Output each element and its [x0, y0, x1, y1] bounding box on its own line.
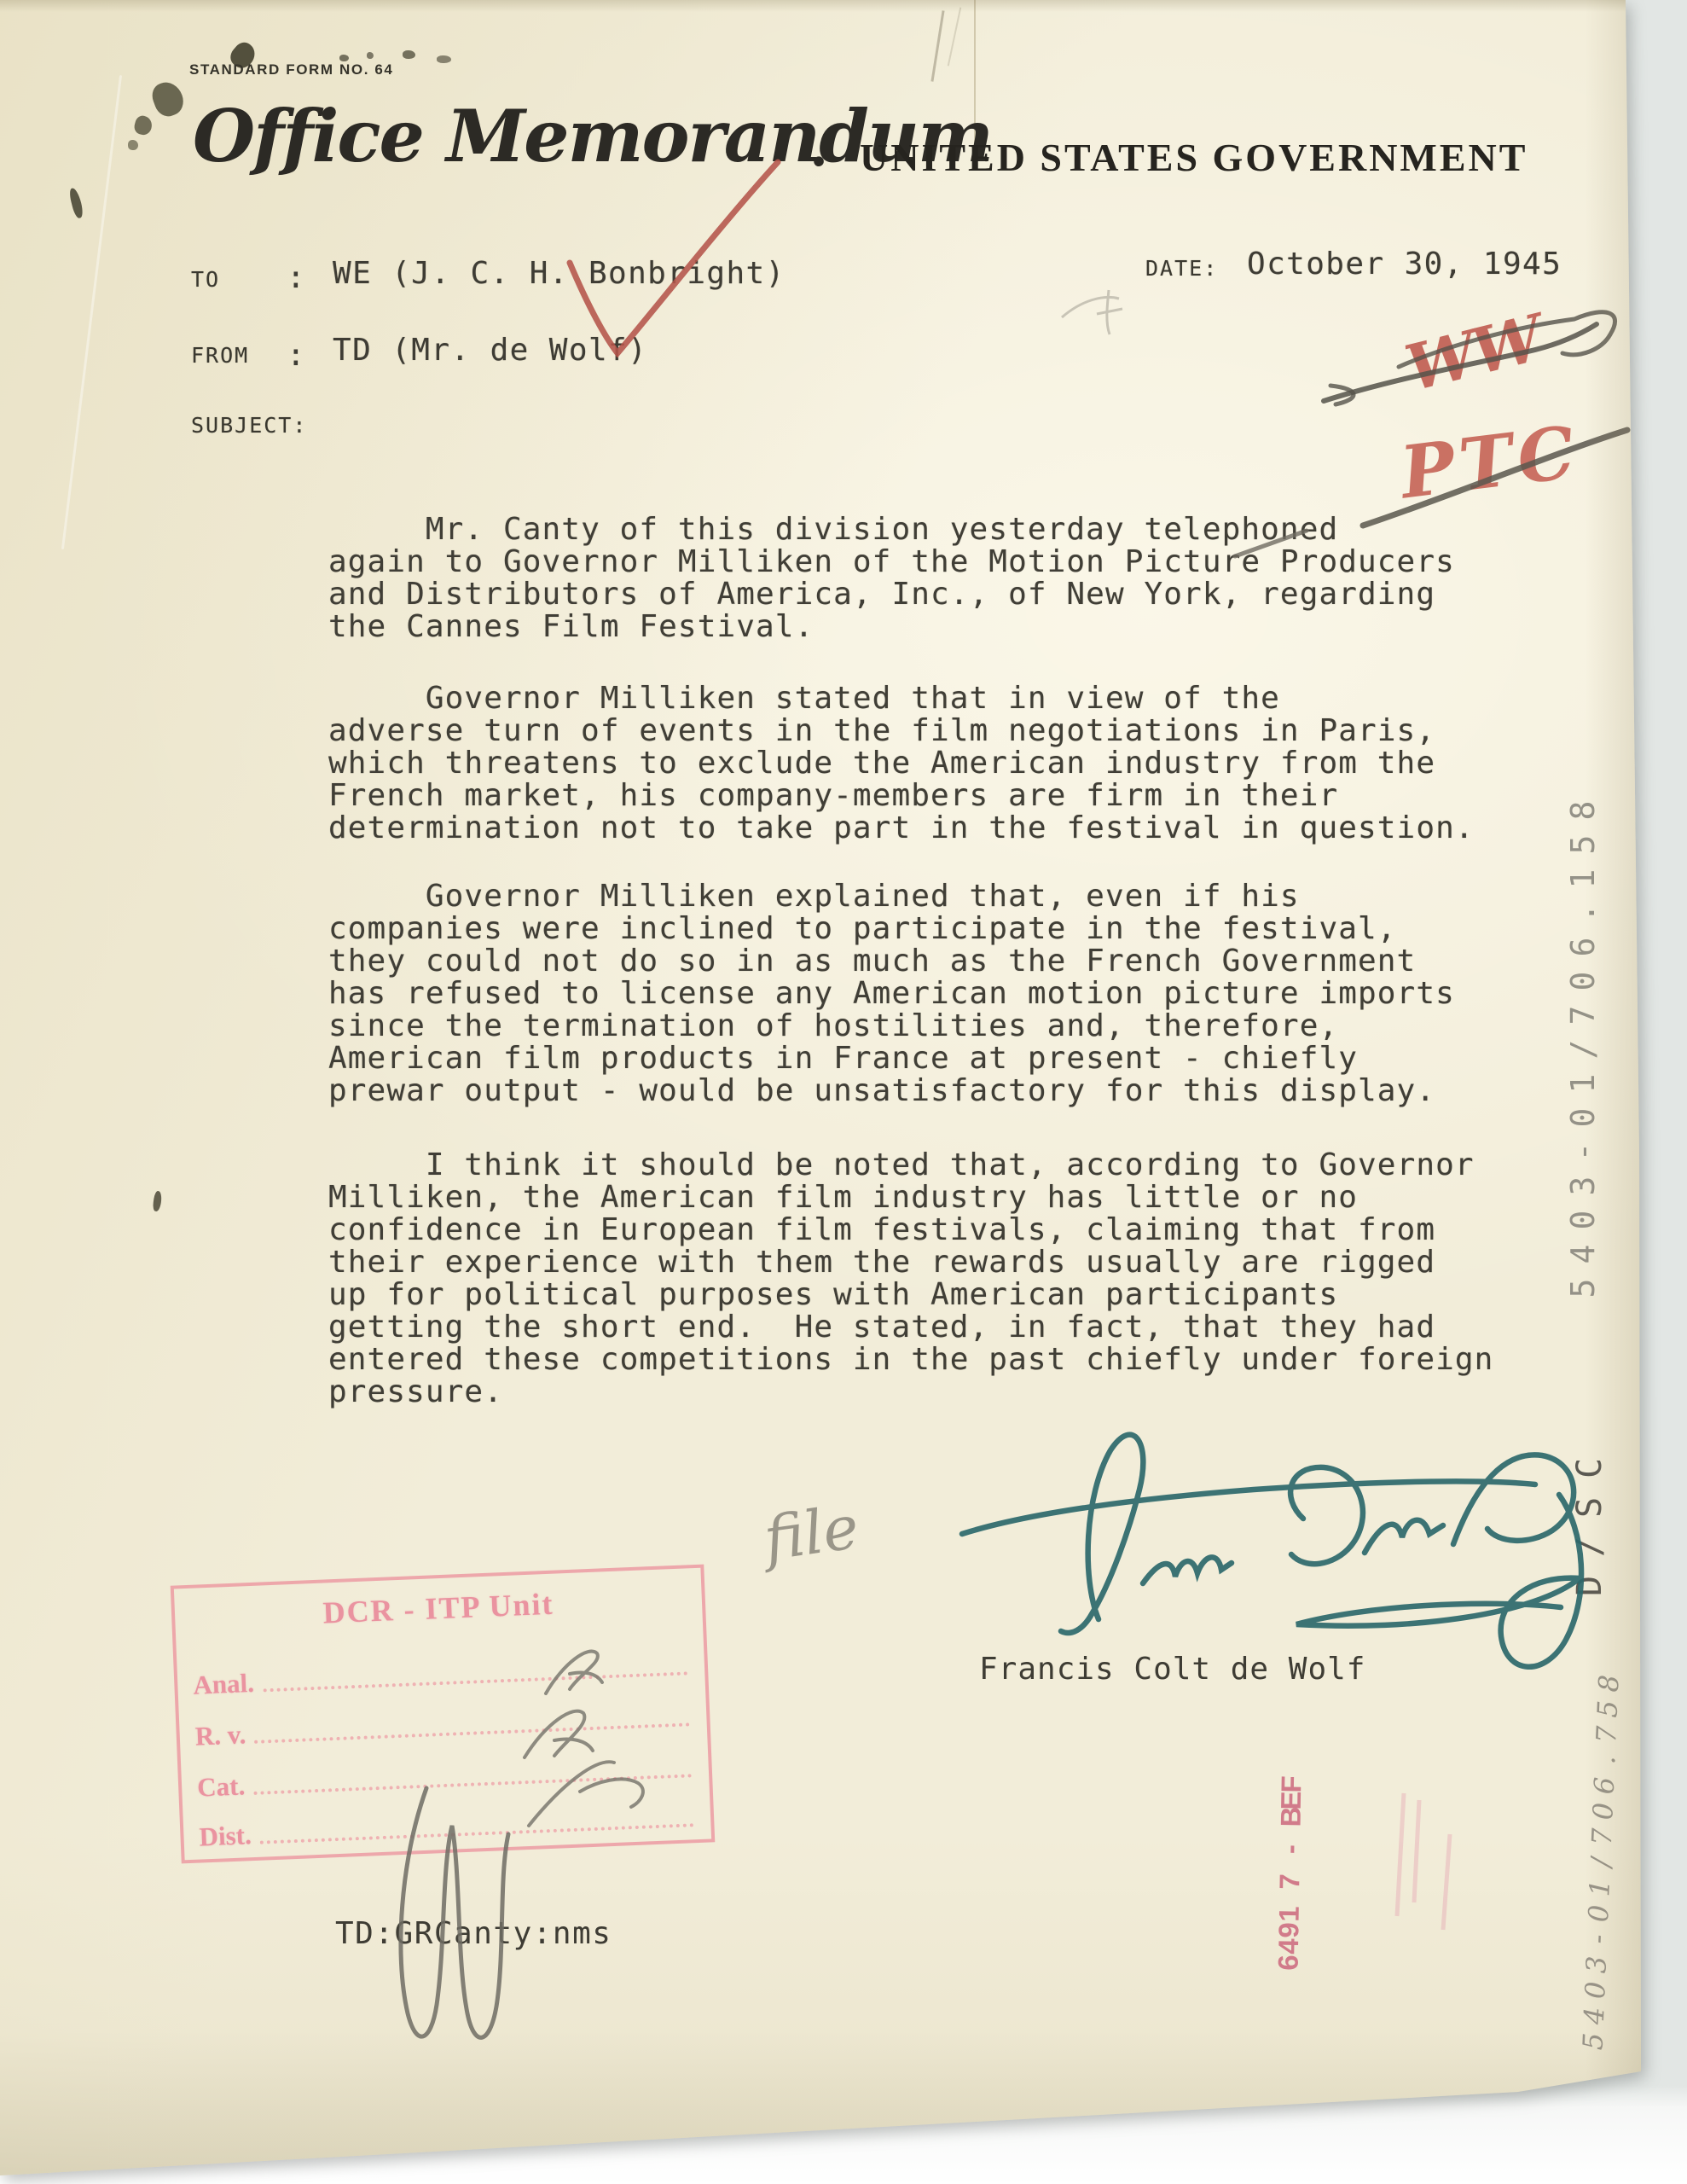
from-value: TD (Mr. de Wolf): [333, 333, 647, 368]
organization-title: UNITED STATES GOVERNMENT: [860, 135, 1528, 180]
red-initials-ww: WW: [1399, 302, 1547, 406]
body-paragraph-1: Mr. Canty of this division yesterday tel…: [328, 514, 1591, 643]
paper-edge-shading: [0, 2030, 1687, 2184]
paper-crease: [61, 75, 122, 549]
ink-smudge: [68, 187, 84, 219]
routing-row-label: Dist.: [199, 1820, 252, 1852]
to-value: WE (J. C. H. Bonbright): [333, 256, 786, 291]
ink-signature: [962, 1435, 1581, 1667]
dotted-leader: [263, 1671, 687, 1692]
faint-stamp-ghost: [1397, 1793, 1450, 1930]
typed-signature-name: Francis Colt de Wolf: [979, 1652, 1365, 1687]
form-number: STANDARD FORM NO. 64: [189, 61, 393, 78]
paper-scratch: [930, 10, 944, 81]
paper-edge-shading: [0, 0, 1687, 12]
date-value: October 30, 1945: [1247, 247, 1562, 282]
dotted-leader: [253, 1774, 692, 1795]
routing-stamp-row: R. v.: [194, 1701, 693, 1751]
body-paragraph-2: Governor Milliken stated that in view of…: [328, 682, 1591, 845]
ink-smudge: [339, 55, 349, 61]
routing-stamp-row: Cat.: [197, 1752, 696, 1803]
ink-smudge: [128, 140, 138, 150]
received-date-stamp: FEB - 7 1946: [1271, 1776, 1308, 1972]
to-label: TO: [191, 267, 220, 292]
typist-reference-line: TD:GRCanty:nms: [335, 1916, 612, 1951]
paper-edge-shading: [1585, 0, 1641, 2184]
red-initials-ptc: PTC: [1396, 409, 1585, 515]
dotted-leader: [260, 1823, 694, 1844]
ink-smudge: [132, 114, 154, 136]
title-separator-bullet: •: [809, 143, 829, 183]
paper-scratch: [948, 8, 962, 67]
body-paragraph-3: Governor Milliken explained that, even i…: [328, 880, 1591, 1107]
date-label: DATE:: [1145, 256, 1218, 281]
routing-stamp-row: Dist.: [199, 1802, 698, 1852]
routing-stamp-box: DCR - ITP Unit Anal. R. v. Cat. Dist.: [171, 1565, 716, 1864]
from-label: FROM: [191, 343, 249, 368]
scanned-memo-page: STANDARD FORM NO. 64 Office Memorandum •…: [0, 0, 1687, 2184]
pencil-file-note: file: [760, 1492, 863, 1575]
routing-row-label: R. v.: [194, 1719, 246, 1751]
routing-stamp-row: Anal.: [193, 1650, 692, 1700]
ink-smudge: [148, 78, 188, 119]
routing-row-label: Cat.: [197, 1770, 246, 1803]
ink-smudge: [403, 50, 415, 59]
dotted-leader: [254, 1722, 689, 1743]
to-colon: :: [287, 260, 306, 295]
faint-pencil-mark: [1062, 290, 1122, 334]
from-colon: :: [287, 338, 306, 373]
subject-label: SUBJECT:: [191, 413, 307, 438]
memo-paper: STANDARD FORM NO. 64 Office Memorandum •…: [0, 0, 1687, 2184]
pencil-strike-ww: [1330, 386, 1354, 404]
paper-shadow: STANDARD FORM NO. 64 Office Memorandum •…: [0, 0, 1687, 2184]
body-paragraph-4: I think it should be noted that, accordi…: [328, 1149, 1591, 1409]
ink-smudge: [367, 52, 374, 59]
routing-stamp-title: DCR - ITP Unit: [174, 1580, 702, 1637]
routing-row-label: Anal.: [193, 1668, 255, 1701]
ink-smudge: [152, 1190, 162, 1211]
ink-smudge: [437, 55, 451, 63]
